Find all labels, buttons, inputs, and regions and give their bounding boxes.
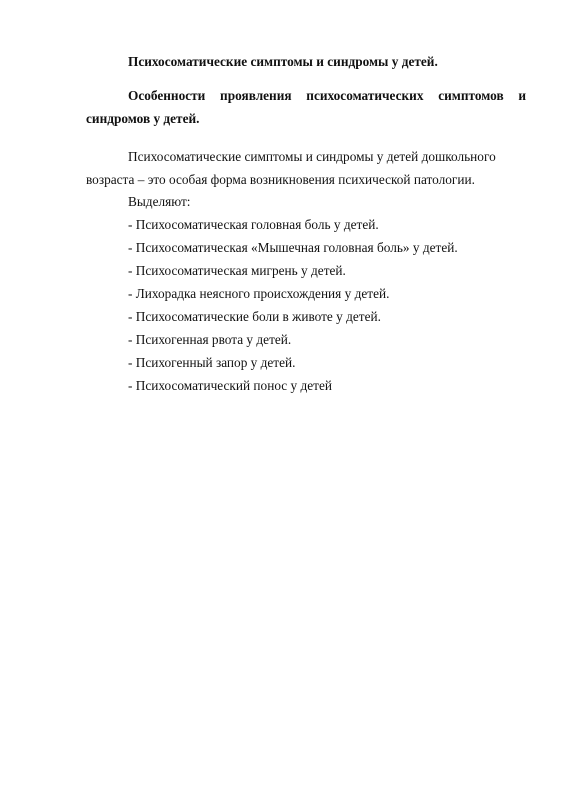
symptom-list: - Психосоматическая головная боль у дете… xyxy=(128,213,458,397)
section-heading: Особенности проявления психосоматических… xyxy=(86,84,526,130)
list-item: - Психосоматические боли в животе у дете… xyxy=(128,305,458,328)
list-item: - Психосоматическая мигрень у детей. xyxy=(128,259,458,282)
list-item: - Психогенный запор у детей. xyxy=(128,351,458,374)
intro-paragraph: Психосоматические симптомы и синдромы у … xyxy=(86,145,506,191)
list-lead-text: Выделяют: xyxy=(128,191,191,213)
list-item: - Психосоматический понос у детей xyxy=(128,374,458,397)
list-item: - Психосоматическая «Мышечная головная б… xyxy=(128,236,458,259)
document-title: Психосоматические симптомы и синдромы у … xyxy=(128,53,438,71)
list-item: - Психосоматическая головная боль у дете… xyxy=(128,213,458,236)
list-item: - Психогенная рвота у детей. xyxy=(128,328,458,351)
list-item: - Лихорадка неясного происхождения у дет… xyxy=(128,282,458,305)
